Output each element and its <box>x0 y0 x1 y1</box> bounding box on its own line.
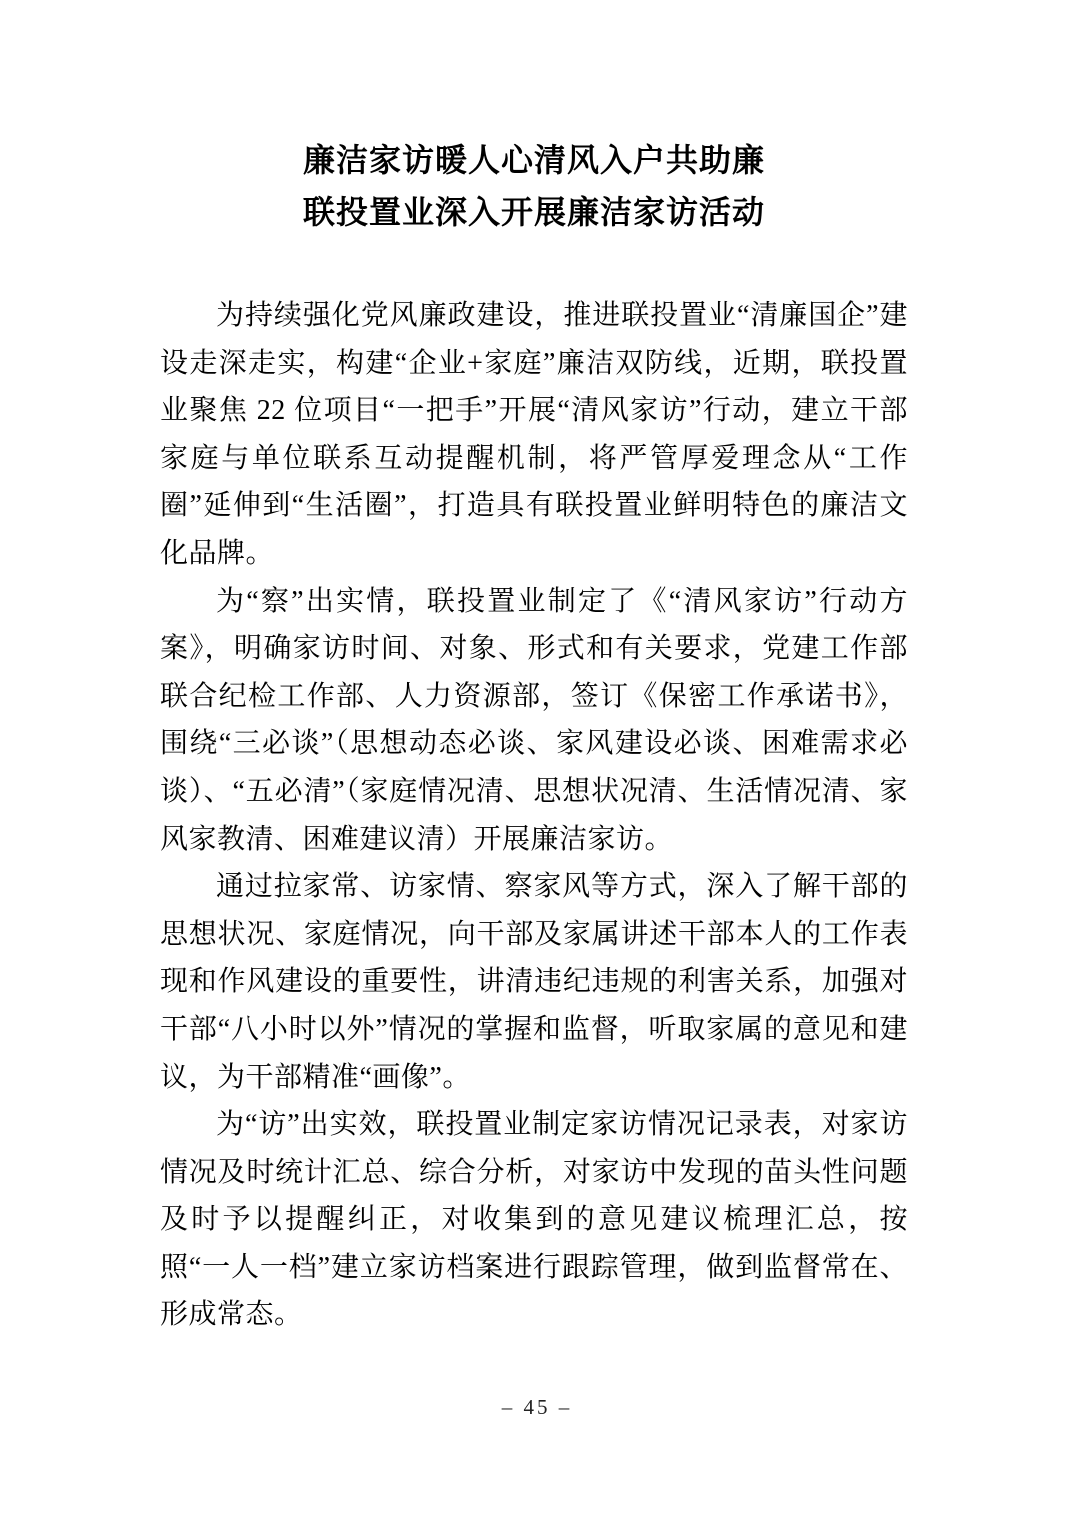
title-line-2: 联投置业深入开展廉洁家访活动 <box>160 186 908 238</box>
paragraph-3: 通过拉家常、访家情、察家风等方式，深入了解干部的思想状况、家庭情况，向干部及家属… <box>160 863 908 1101</box>
title-line-1: 廉洁家访暖人心清风入户共助廉 <box>160 134 908 186</box>
paragraph-4: 为“访”出实效，联投置业制定家访情况记录表，对家访情况及时统计汇总、综合分析，对… <box>160 1101 908 1339</box>
page-number: – 45 – <box>0 1394 1074 1420</box>
document-content: 廉洁家访暖人心清风入户共助廉 联投置业深入开展廉洁家访活动 为持续强化党风廉政建… <box>160 134 908 1339</box>
document-body: 为持续强化党风廉政建设，推进联投置业“清廉国企”建设走深走实，构建“企业+家庭”… <box>160 292 908 1339</box>
paragraph-2: 为“察”出实情，联投置业制定了《“清风家访”行动方案》，明确家访时间、对象、形式… <box>160 578 908 864</box>
paragraph-1: 为持续强化党风廉政建设，推进联投置业“清廉国企”建设走深走实，构建“企业+家庭”… <box>160 292 908 578</box>
document-page: 廉洁家访暖人心清风入户共助廉 联投置业深入开展廉洁家访活动 为持续强化党风廉政建… <box>0 0 1074 1520</box>
document-title: 廉洁家访暖人心清风入户共助廉 联投置业深入开展廉洁家访活动 <box>160 134 908 238</box>
